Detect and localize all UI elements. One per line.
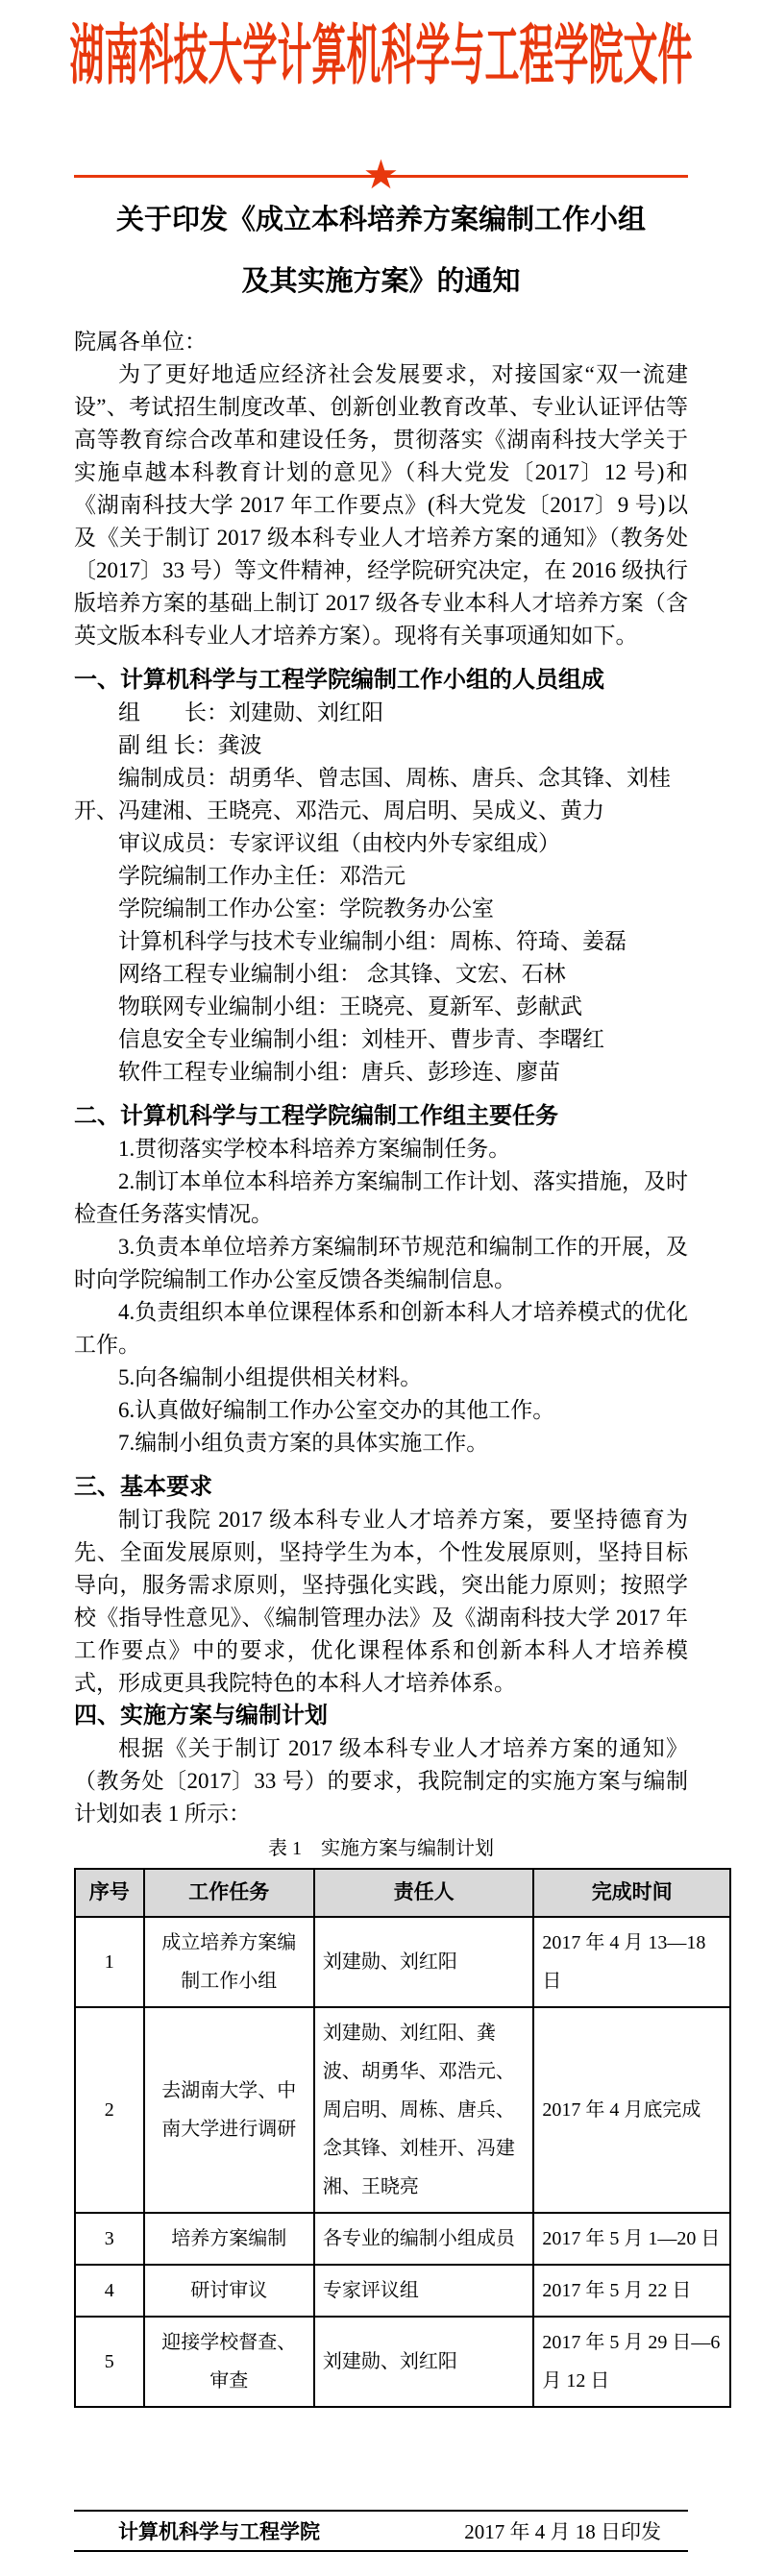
table-row: 5 迎接学校督查、审查 刘建勋、刘红阳 2017 年 5 月 29 日—6 月 … — [75, 2317, 730, 2407]
section4-heading: 四、实施方案与编制计划 — [74, 1700, 688, 1732]
document-page: 湖南科技大学计算机科学与工程学院文件 ★ 关于印发《成立本科培养方案编制工作小组… — [0, 0, 762, 2576]
cell-owner: 刘建勋、刘红阳 — [314, 2317, 533, 2407]
task-item: 1.贯彻落实学校本科培养方案编制任务。 — [74, 1133, 688, 1165]
section1-heading: 一、计算机科学与工程学院编制工作小组的人员组成 — [74, 664, 688, 697]
task-item: 5.向各编制小组提供相关材料。 — [74, 1362, 688, 1394]
cell-owner: 专家评议组 — [314, 2265, 533, 2317]
cell-owner: 刘建勋、刘红阳、龚波、胡勇华、邓浩元、周启明、周栋、唐兵、念其锋、刘桂开、冯建湘… — [314, 2007, 533, 2213]
member-line: 软件工程专业编制小组：唐兵、彭珍连、廖苗 — [74, 1056, 688, 1089]
cell-no: 3 — [75, 2213, 144, 2265]
footer-issuer: 计算机科学与工程学院 — [118, 2516, 320, 2545]
member-line: 网络工程专业编制小组： 念其锋、文宏、石林 — [74, 958, 688, 991]
letterhead: 湖南科技大学计算机科学与工程学院文件 — [0, 19, 762, 92]
member-line: 物联网专业编制小组：王晓亮、夏新军、彭献武 — [74, 991, 688, 1023]
cell-task: 培养方案编制 — [144, 2213, 314, 2265]
cell-owner: 刘建勋、刘红阳 — [314, 1917, 533, 2007]
cell-no: 2 — [75, 2007, 144, 2213]
document-body: 院属各单位： 为了更好地适应经济社会发展要求，对接国家“双一流建设”、考试招生制… — [0, 326, 762, 2408]
member-line: 审议成员：专家评议组（由校内外专家组成） — [74, 827, 688, 860]
cell-deadline: 2017 年 4 月底完成 — [533, 2007, 730, 2213]
cell-task: 迎接学校督查、审查 — [144, 2317, 314, 2407]
cell-task: 去湖南大学、中南大学进行调研 — [144, 2007, 314, 2213]
section2-heading: 二、计算机科学与工程学院编制工作组主要任务 — [74, 1100, 688, 1133]
table-row: 2 去湖南大学、中南大学进行调研 刘建勋、刘红阳、龚波、胡勇华、邓浩元、周启明、… — [75, 2007, 730, 2213]
member-line: 编制成员：胡勇华、曾志国、周栋、唐兵、念其锋、刘桂开、冯建湘、王晓亮、邓浩元、周… — [74, 762, 688, 827]
col-header-owner: 责任人 — [314, 1869, 533, 1917]
cell-no: 1 — [75, 1917, 144, 2007]
salutation: 院属各单位： — [74, 326, 688, 358]
section3-heading: 三、基本要求 — [74, 1471, 688, 1504]
member-line: 副 组 长：龚波 — [74, 729, 688, 762]
col-header-deadline: 完成时间 — [533, 1869, 730, 1917]
document-title-line2: 及其实施方案》的通知 — [0, 251, 762, 312]
task-item: 2.制订本单位本科培养方案编制工作计划、落实措施，及时检查任务落实情况。 — [74, 1165, 688, 1231]
member-line: 学院编制工作办主任：邓浩元 — [74, 860, 688, 893]
plan-table: 序号 工作任务 责任人 完成时间 1 成立培养方案编制工作小组 刘建勋、刘红阳 … — [74, 1868, 731, 2408]
cell-deadline: 2017 年 5 月 29 日—6 月 12 日 — [533, 2317, 730, 2407]
document-title-line1: 关于印发《成立本科培养方案编制工作小组 — [0, 189, 762, 251]
task-item: 3.负责本单位培养方案编制环节规范和编制工作的开展，及时向学院编制工作办公室反馈… — [74, 1231, 688, 1296]
letterhead-title: 湖南科技大学计算机科学与工程学院文件 — [69, 19, 692, 92]
member-line: 信息安全专业编制小组：刘桂开、曹步青、李曙红 — [74, 1023, 688, 1056]
star-icon: ★ — [363, 154, 400, 194]
footer-print-date: 2017 年 4 月 18 日印发 — [464, 2516, 661, 2545]
col-header-no: 序号 — [75, 1869, 144, 1917]
member-line: 学院编制工作办公室：学院教务办公室 — [74, 893, 688, 925]
print-footer: 计算机科学与工程学院 2017 年 4 月 18 日印发 — [74, 2510, 688, 2552]
task-item: 6.认真做好编制工作办公室交办的其他工作。 — [74, 1394, 688, 1427]
table-row: 3 培养方案编制 各专业的编制小组成员 2017 年 5 月 1—20 日 — [75, 2213, 730, 2265]
col-header-task: 工作任务 — [144, 1869, 314, 1917]
table-row: 4 研讨审议 专家评议组 2017 年 5 月 22 日 — [75, 2265, 730, 2317]
member-line: 组 长：刘建勋、刘红阳 — [74, 697, 688, 729]
cell-deadline: 2017 年 5 月 22 日 — [533, 2265, 730, 2317]
cell-no: 5 — [75, 2317, 144, 2407]
section4-paragraph: 根据《关于制订 2017 级本科专业人才培养方案的通知》（教务处〔2017〕33… — [74, 1732, 688, 1830]
member-line: 计算机科学与技术专业编制小组：周栋、符琦、姜磊 — [74, 925, 688, 958]
cell-task: 成立培养方案编制工作小组 — [144, 1917, 314, 2007]
table-caption: 表 1 实施方案与编制计划 — [74, 1834, 688, 1863]
table-row: 1 成立培养方案编制工作小组 刘建勋、刘红阳 2017 年 4 月 13—18 … — [75, 1917, 730, 2007]
cell-no: 4 — [75, 2265, 144, 2317]
cell-deadline: 2017 年 5 月 1—20 日 — [533, 2213, 730, 2265]
document-title: 关于印发《成立本科培养方案编制工作小组 及其实施方案》的通知 — [0, 189, 762, 312]
task-item: 4.负责组织本单位课程体系和创新本科人才培养模式的优化工作。 — [74, 1296, 688, 1362]
table-header-row: 序号 工作任务 责任人 完成时间 — [75, 1869, 730, 1917]
intro-paragraph: 为了更好地适应经济社会发展要求，对接国家“双一流建设”、考试招生制度改革、创新创… — [74, 358, 688, 652]
cell-task: 研讨审议 — [144, 2265, 314, 2317]
section3-paragraph: 制订我院 2017 级本科专业人才培养方案，要坚持德育为先、全面发展原则，坚持学… — [74, 1504, 688, 1700]
cell-deadline: 2017 年 4 月 13—18 日 — [533, 1917, 730, 2007]
task-item: 7.编制小组负责方案的具体实施工作。 — [74, 1427, 688, 1460]
red-divider-line: ★ — [74, 175, 688, 178]
cell-owner: 各专业的编制小组成员 — [314, 2213, 533, 2265]
